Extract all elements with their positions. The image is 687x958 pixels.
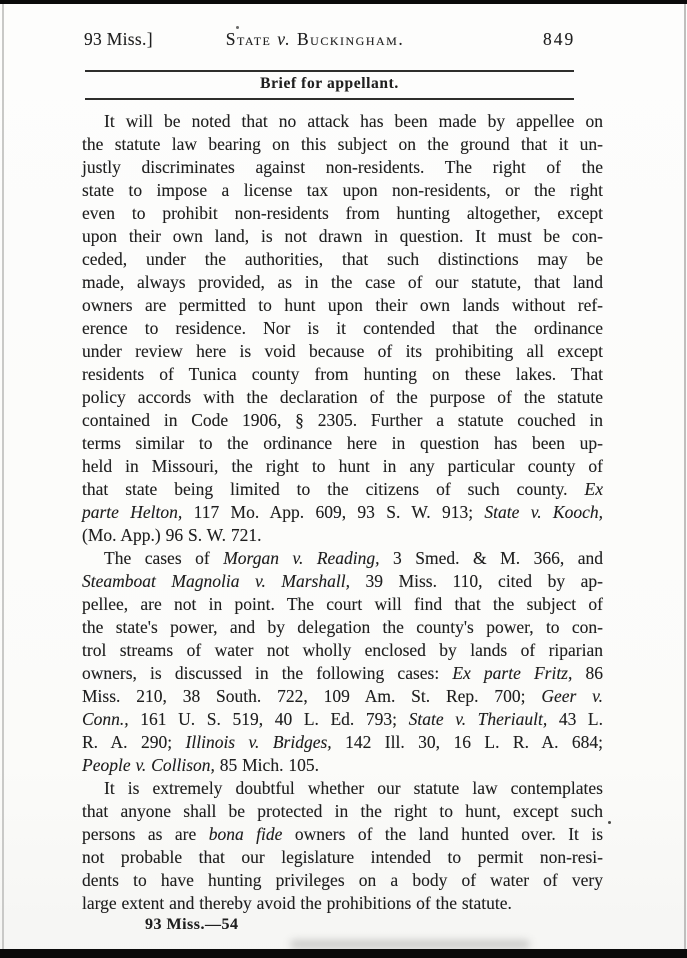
text-segment: State — [226, 29, 272, 49]
text-line: made, always provided, as in the case of… — [82, 271, 603, 294]
text-segment: the statute law bearing on this subject … — [82, 134, 603, 154]
scan-edge-bar-top — [0, 0, 687, 4]
scanned-page: 93 Miss.] State v. Buckingham. 849 Brief… — [0, 0, 687, 958]
text-segment: dents to have hunting privileges on a bo… — [82, 870, 603, 890]
text-segment: upon their own land, is not drawn in que… — [82, 226, 603, 246]
text-segment: 39 Miss. 110, cited by ap- — [350, 571, 603, 591]
text-segment: policy accords with the declaration of t… — [82, 387, 603, 407]
text-line: erence to residence. Nor is it contended… — [82, 317, 603, 340]
text-segment: Geer v. — [541, 686, 603, 706]
text-segment: terms similar to the ordinance here in q… — [82, 433, 603, 453]
scan-speck — [608, 821, 611, 824]
text-line: R. A. 290; Illinois v. Bridges, 142 Ill.… — [82, 731, 603, 754]
body-text: It will be noted that no attack has been… — [82, 110, 603, 915]
case-title: State v. Buckingham. — [85, 29, 545, 50]
text-line: owners are permitted to hunt upon their … — [82, 294, 603, 317]
text-line: under review here is void because of its… — [82, 340, 603, 363]
text-segment: not probable that our legislature intend… — [82, 847, 603, 867]
scan-shadow — [290, 940, 530, 949]
text-segment: erence to residence. Nor is it contended… — [82, 318, 603, 338]
text-segment: The cases of — [104, 548, 223, 568]
text-segment: 86 — [572, 663, 603, 683]
text-line: contained in Code 1906, § 2305. Further … — [82, 409, 603, 432]
text-segment: that anyone shall be protected in the ri… — [82, 801, 603, 821]
text-segment: It is extremely doubtful whether our sta… — [104, 778, 603, 798]
divider-rule-bottom — [85, 98, 574, 100]
text-segment: R. A. 290; — [82, 732, 186, 752]
text-segment: People v. Collison, — [82, 755, 215, 775]
text-segment: even to prohibit non-residents from hunt… — [82, 203, 603, 223]
text-line: Miss. 210, 38 South. 722, 109 Am. St. Re… — [82, 685, 603, 708]
text-line: (Mo. App.) 96 S. W. 721. — [82, 524, 603, 547]
scan-edge-bar-bottom — [0, 949, 687, 958]
text-segment: Morgan v. Reading, — [223, 548, 379, 568]
text-segment: Ex — [585, 479, 603, 499]
text-line: persons as are bona fide owners of the l… — [82, 823, 603, 846]
text-segment: 161 U. S. 519, 40 L. Ed. 793; — [129, 709, 409, 729]
text-segment: under review here is void because of its… — [82, 341, 603, 361]
text-segment: ceded, under the authorities, that such … — [82, 249, 603, 269]
text-segment: Miss. 210, 38 South. 722, 109 Am. St. Re… — [82, 686, 541, 706]
text-line: held in Missouri, the right to hunt in a… — [82, 455, 603, 478]
text-line: large extent and thereby avoid the prohi… — [82, 892, 603, 915]
text-line: trol streams of water not wholly enclose… — [82, 639, 603, 662]
section-label: Brief for appellant. — [85, 75, 574, 93]
text-segment: 142 Ill. 30, 16 L. R. A. 684; — [332, 732, 603, 752]
text-line: justly discriminates against non-residen… — [82, 156, 603, 179]
text-segment: Illinois v. Bridges, — [186, 732, 332, 752]
text-segment: justly discriminates against non-residen… — [82, 157, 603, 177]
text-line: ceded, under the authorities, that such … — [82, 248, 603, 271]
text-segment: 85 Mich. 105. — [215, 755, 319, 775]
text-line: state to impose a license tax upon non-r… — [82, 179, 603, 202]
text-segment: Buckingham. — [297, 29, 404, 49]
text-line: upon their own land, is not drawn in que… — [82, 225, 603, 248]
text-line: residents of Tunica county from hunting … — [82, 363, 603, 386]
scan-edge-line-right — [684, 4, 686, 949]
text-line: People v. Collison, 85 Mich. 105. — [82, 754, 603, 777]
text-segment: persons as are — [82, 824, 209, 844]
text-line: It will be noted that no attack has been… — [82, 110, 603, 133]
text-line: policy accords with the declaration of t… — [82, 386, 603, 409]
text-segment: parte Helton, — [82, 502, 182, 522]
text-segment: 43 L. — [547, 709, 603, 729]
text-segment: Ex parte Fritz, — [452, 663, 572, 683]
text-segment: 3 Smed. & M. 366, and — [380, 548, 603, 568]
text-line: The cases of Morgan v. Reading, 3 Smed. … — [82, 547, 603, 570]
text-line: even to prohibit non-residents from hunt… — [82, 202, 603, 225]
running-head: 93 Miss.] State v. Buckingham. 849 — [0, 29, 687, 51]
page-number: 849 — [543, 29, 575, 50]
text-segment: (Mo. App.) 96 S. W. 721. — [82, 525, 261, 545]
text-line: the statute law bearing on this subject … — [82, 133, 603, 156]
text-segment: made, always provided, as in the case of… — [82, 272, 603, 292]
text-segment: pellee, are not in point. The court will… — [82, 594, 603, 614]
text-line: that anyone shall be protected in the ri… — [82, 800, 603, 823]
text-segment: contained in Code 1906, § 2305. Further … — [82, 410, 603, 430]
text-line: Steamboat Magnolia v. Marshall, 39 Miss.… — [82, 570, 603, 593]
scan-edge-line-left — [2, 4, 4, 949]
text-line: It is extremely doubtful whether our sta… — [82, 777, 603, 800]
text-segment: State v. Theriault, — [409, 709, 548, 729]
text-segment: large extent and thereby avoid the prohi… — [82, 893, 512, 913]
text-line: terms similar to the ordinance here in q… — [82, 432, 603, 455]
text-line: not probable that our legislature intend… — [82, 846, 603, 869]
text-segment: that state being limited to the citizens… — [82, 479, 585, 499]
text-segment: v. — [271, 29, 297, 49]
text-line: that state being limited to the citizens… — [82, 478, 603, 501]
text-line: the state's power, and by delegation the… — [82, 616, 603, 639]
text-segment: State v. Kooch, — [484, 502, 603, 522]
text-segment: bona fide — [209, 824, 283, 844]
text-segment: Conn., — [82, 709, 129, 729]
text-segment: trol streams of water not wholly enclose… — [82, 640, 603, 660]
text-line: owners, is discussed in the following ca… — [82, 662, 603, 685]
text-line: pellee, are not in point. The court will… — [82, 593, 603, 616]
text-line: parte Helton, 117 Mo. App. 609, 93 S. W.… — [82, 501, 603, 524]
text-segment: state to impose a license tax upon non-r… — [82, 180, 603, 200]
text-line: dents to have hunting privileges on a bo… — [82, 869, 603, 892]
text-segment: owners, is discussed in the following ca… — [82, 663, 452, 683]
text-segment: owners of the land hunted over. It is — [282, 824, 603, 844]
text-segment: It will be noted that no attack has been… — [104, 111, 603, 131]
footer-signature: 93 Miss.—54 — [145, 916, 239, 934]
text-segment: 117 Mo. App. 609, 93 S. W. 913; — [182, 502, 484, 522]
text-line: Conn., 161 U. S. 519, 40 L. Ed. 793; Sta… — [82, 708, 603, 731]
text-segment: owners are permitted to hunt upon their … — [82, 295, 603, 315]
text-segment: the state's power, and by delegation the… — [82, 617, 603, 637]
text-segment: residents of Tunica county from hunting … — [82, 364, 603, 384]
divider-rule-top — [85, 70, 574, 72]
text-segment: held in Missouri, the right to hunt in a… — [82, 456, 603, 476]
text-segment: Steamboat Magnolia v. Marshall, — [82, 571, 350, 591]
